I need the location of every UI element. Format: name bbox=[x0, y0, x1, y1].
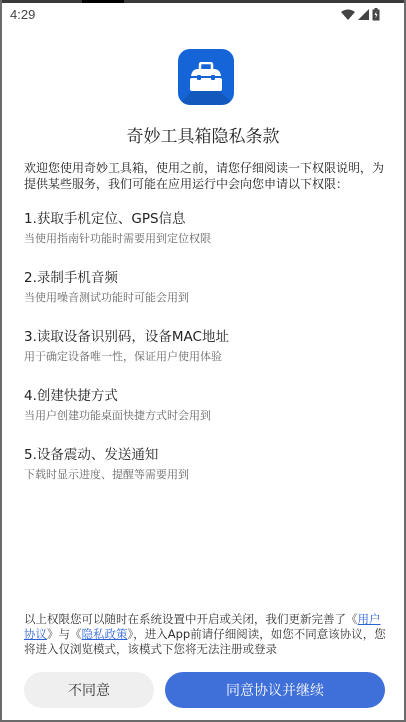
privacy-policy-link[interactable]: 隐私政策 bbox=[82, 627, 128, 641]
permission-title: 4.创建快捷方式 bbox=[24, 386, 386, 406]
permissions-content: 欢迎您使用奇妙工具箱，使用之前，请您仔细阅读一下权限说明，为提供某些服务，我们可… bbox=[24, 160, 386, 484]
status-bar: 4:29 bbox=[2, 3, 404, 25]
toolbox-icon bbox=[188, 62, 224, 92]
permission-title: 1.获取手机定位、GPS信息 bbox=[24, 209, 386, 229]
battery-charging-icon bbox=[372, 8, 380, 21]
cellular-signal-icon bbox=[358, 9, 369, 20]
wifi-icon bbox=[341, 9, 355, 20]
app-logo bbox=[178, 49, 234, 105]
agreement-notice: 以上权限您可以随时在系统设置中开启或关闭，我们更新完善了《用户协议》与《隐私政策… bbox=[24, 612, 386, 657]
permission-title: 3.读取设备识别码，设备MAC地址 bbox=[24, 327, 386, 347]
permission-desc: 用于确定设备唯一性，保证用户使用体验 bbox=[24, 348, 386, 366]
permission-item-notification: 5.设备震动、发送通知 下载时显示进度、提醒等需要用到 bbox=[24, 445, 386, 484]
permission-title: 5.设备震动、发送通知 bbox=[24, 445, 386, 465]
privacy-dialog-screen: 4:29 奇妙工具箱隐私条款 欢迎您使用奇妙工具箱，使用之前，请您仔细阅读 bbox=[0, 0, 406, 722]
permission-item-device-id: 3.读取设备识别码，设备MAC地址 用于确定设备唯一性，保证用户使用体验 bbox=[24, 327, 386, 366]
permission-desc: 当使用指南针功能时需要用到定位权限 bbox=[24, 230, 386, 248]
page-title: 奇妙工具箱隐私条款 bbox=[2, 122, 404, 147]
permission-title: 2.录制手机音频 bbox=[24, 268, 386, 288]
status-icons bbox=[341, 8, 380, 21]
permission-item-shortcut: 4.创建快捷方式 当用户创建功能桌面快捷方式时会用到 bbox=[24, 386, 386, 425]
status-time: 4:29 bbox=[10, 7, 35, 22]
permission-item-audio: 2.录制手机音频 当使用噪音测试功能时可能会用到 bbox=[24, 268, 386, 307]
permission-desc: 当使用噪音测试功能时可能会用到 bbox=[24, 289, 386, 307]
decline-button[interactable]: 不同意 bbox=[24, 672, 154, 708]
notice-text: 以上权限您可以随时在系统设置中开启或关闭，我们更新完善了《 bbox=[24, 612, 358, 626]
notice-text: 》与《 bbox=[47, 627, 82, 641]
intro-text: 欢迎您使用奇妙工具箱，使用之前，请您仔细阅读一下权限说明，为提供某些服务，我们可… bbox=[24, 160, 386, 192]
permission-item-location: 1.获取手机定位、GPS信息 当使用指南针功能时需要用到定位权限 bbox=[24, 209, 386, 248]
accept-button[interactable]: 同意协议并继续 bbox=[165, 672, 385, 708]
permission-desc: 下载时显示进度、提醒等需要用到 bbox=[24, 466, 386, 484]
permission-desc: 当用户创建功能桌面快捷方式时会用到 bbox=[24, 407, 386, 425]
